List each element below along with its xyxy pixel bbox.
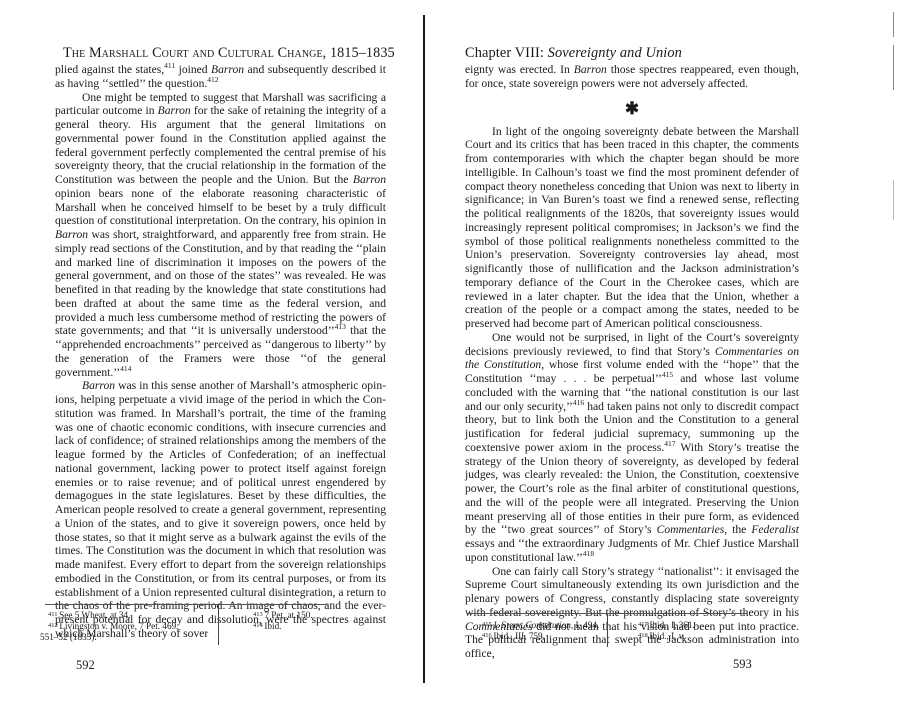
paragraph: Barron was in this sense another of Mars… xyxy=(55,379,386,640)
paragraph: One would not be surprised, in light of … xyxy=(465,331,799,565)
italic-text: Commentaries, xyxy=(657,523,728,536)
running-head: Chapter VIII: Sovereignty and Union xyxy=(465,45,682,62)
footnote: 418 Ibid., I, v. xyxy=(630,631,695,642)
footnote-text: Ibid., I, v. xyxy=(649,631,685,641)
footnote-text: 551–52 (1833). xyxy=(40,632,97,642)
text-run: was short, straightforward, and apparent… xyxy=(55,228,386,337)
footnote-column: 411 See 5 Wheat. at 34.412 Livingston v.… xyxy=(40,610,178,643)
footnote-number: 412 xyxy=(48,622,59,629)
italic-text: Barron xyxy=(158,104,191,117)
footnote-ref: 418 xyxy=(583,549,594,558)
footnote-text: Ibid., I, 361. xyxy=(649,620,694,630)
footnote-ref: 415 xyxy=(662,370,673,379)
italic-text: Federalist xyxy=(751,523,799,536)
text-run: plied against the states, xyxy=(55,63,164,76)
italic-text: Barron xyxy=(82,379,115,392)
body-text: eignty was erected. In Barron those spec… xyxy=(465,63,799,661)
text-run: eignty was erected. In xyxy=(465,63,574,76)
footnote-ref: 417 xyxy=(664,439,675,448)
body-text: plied against the states,411 joined Barr… xyxy=(55,63,386,641)
chapter-label: Chapter VIII: xyxy=(465,45,544,61)
chapter-title: Sovereignty and Union xyxy=(548,45,682,61)
footnote-number: 416 xyxy=(482,632,493,639)
footnote: 551–52 (1833). xyxy=(40,632,178,643)
italic-text: Barron xyxy=(55,228,88,241)
footnote-number: 414 xyxy=(253,622,264,629)
footnote-italic: Constitution, xyxy=(525,620,573,630)
footnote-text: Livingston v. Moore, 7 Pet. 469, xyxy=(59,621,178,631)
footnote-ref: 414 xyxy=(120,364,131,373)
footnote: 412 Livingston v. Moore, 7 Pet. 469, xyxy=(40,621,178,632)
footnote: 417 Ibid., I, 361. xyxy=(630,620,695,631)
text-run: In light of the ongoing sovereignty deba… xyxy=(465,125,799,331)
footnote-column: 413 7 Pet. at 150.414 Ibid. xyxy=(245,610,313,632)
text-run: was in this sense another of Marshall’s … xyxy=(55,379,386,640)
running-head: The Marshall Court and Cultural Change, … xyxy=(63,45,395,62)
footnote-ref: 411 xyxy=(164,61,175,70)
footnote: 416 Ibid., III, 759. xyxy=(474,631,599,642)
footnote-text: See 5 Wheat. at 34. xyxy=(59,610,130,620)
footnote: 414 Ibid. xyxy=(245,621,313,632)
paragraph: plied against the states,411 joined Barr… xyxy=(55,63,386,91)
section-break-asterisk-icon: ✱ xyxy=(465,102,799,116)
paragraph: One might be tempted to suggest that Mar… xyxy=(55,91,386,380)
footnote-ref: 412 xyxy=(207,75,218,84)
text-run: With Story’s treatise the strategy of th… xyxy=(465,441,799,537)
footnote-number: 413 xyxy=(253,611,264,618)
text-run: the xyxy=(727,523,751,536)
footnote-text: 7 Pet. at 150. xyxy=(264,610,312,620)
page-number: 592 xyxy=(76,658,95,673)
footnote-text: Ibid., III, 759. xyxy=(493,631,545,641)
footnote-ref: 413 xyxy=(335,322,346,331)
footnote: 411 See 5 Wheat. at 34. xyxy=(40,610,178,621)
footnote-number: 417 xyxy=(638,621,649,628)
footnote-divider xyxy=(607,613,608,647)
paragraph: In light of the ongoing sovereignty deba… xyxy=(465,125,799,331)
page-number: 593 xyxy=(733,657,752,672)
footnote-number: 418 xyxy=(638,632,649,639)
footnotes: 411 See 5 Wheat. at 34.412 Livingston v.… xyxy=(40,610,340,646)
footnotes: 415 J. Story, Constitution, I, 494.416 I… xyxy=(474,620,774,650)
left-page: The Marshall Court and Cultural Change, … xyxy=(0,0,424,701)
footnote-number: 415 xyxy=(482,621,493,628)
right-page: Chapter VIII: Sovereignty and Union eign… xyxy=(426,0,900,701)
footnote-number: 411 xyxy=(48,611,59,618)
italic-text: Barron xyxy=(353,173,386,186)
footnote-text: I, 494. xyxy=(573,620,599,630)
footnote: 415 J. Story, Constitution, I, 494. xyxy=(474,620,599,631)
text-run: opinion bears none of the elaborate reas… xyxy=(55,187,386,228)
footnote: 413 7 Pet. at 150. xyxy=(245,610,313,621)
footnote-text: J. Story, xyxy=(493,620,525,630)
footnote-ref: 416 xyxy=(573,398,584,407)
text-run: One can fairly call Story’s strategy ‘‘n… xyxy=(465,565,799,619)
footnote-rule xyxy=(45,604,327,605)
footnote-column: 417 Ibid., I, 361.418 Ibid., I, v. xyxy=(630,620,695,642)
italic-text: Barron xyxy=(574,63,607,76)
text-run: essays and ‘‘the extraordinary Judgments… xyxy=(465,537,799,564)
footnote-divider xyxy=(218,605,219,645)
footnote-text: Ibid. xyxy=(264,621,281,631)
text-run: joined xyxy=(175,63,211,76)
paragraph: eignty was erected. In Barron those spec… xyxy=(465,63,799,91)
footnote-column: 415 J. Story, Constitution, I, 494.416 I… xyxy=(474,620,599,642)
